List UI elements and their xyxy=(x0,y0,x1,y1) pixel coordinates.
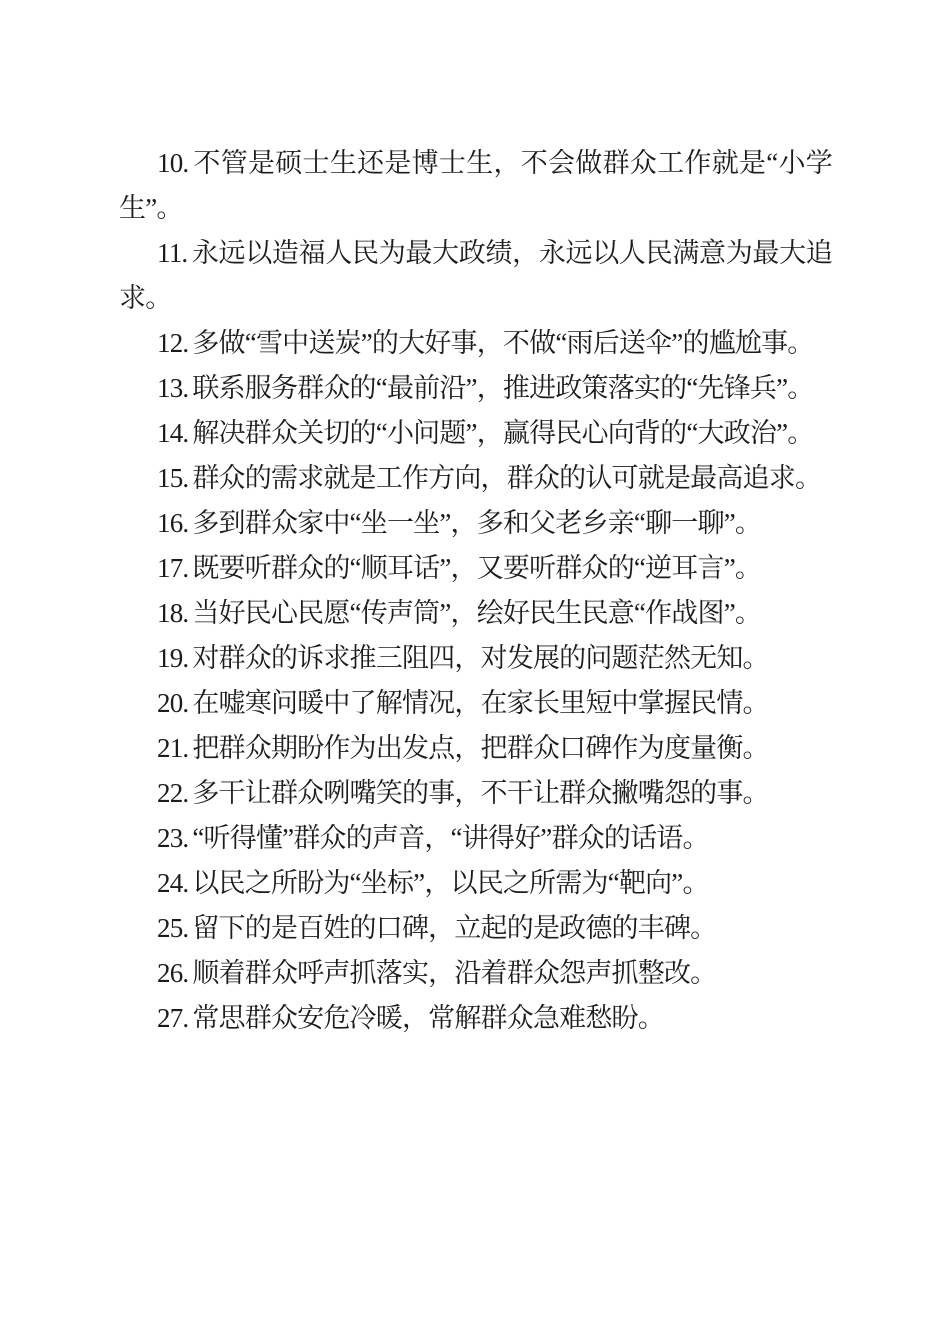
list-item: 20.在嘘寒问暖中了解情况，在家长里短中掌握民情。 xyxy=(119,681,832,726)
list-item: 14.解决群众关切的“小问题”，赢得民心向背的“大政治”。 xyxy=(119,411,832,456)
item-number: 22. xyxy=(157,778,188,808)
list-item: 24.以民之所盼为“坐标”，以民之所需为“靶向”。 xyxy=(119,861,832,906)
item-number: 21. xyxy=(157,733,188,763)
item-number: 16. xyxy=(157,508,188,538)
item-text: “听得懂”群众的声音，“讲得好”群众的话语。 xyxy=(192,823,708,853)
item-text: 多干让群众咧嘴笑的事，不干让群众撇嘴怨的事。 xyxy=(192,778,768,808)
list-item: 27.常思群众安危冷暖，常解群众急难愁盼。 xyxy=(119,996,832,1041)
item-number: 17. xyxy=(157,553,188,583)
item-number: 24. xyxy=(157,868,188,898)
item-text: 在嘘寒问暖中了解情况，在家长里短中掌握民情。 xyxy=(192,688,768,718)
list-item: 16.多到群众家中“坐一坐”，多和父老乡亲“聊一聊”。 xyxy=(119,501,832,546)
list-item: 23.“听得懂”群众的声音，“讲得好”群众的话语。 xyxy=(119,816,832,861)
numbered-list: 10.不管是硕士生还是博士生，不会做群众工作就是“小学生”。 11.永远以造福人… xyxy=(119,141,832,1041)
item-number: 18. xyxy=(157,598,188,628)
item-number: 10. xyxy=(157,148,188,178)
list-item: 25.留下的是百姓的口碑，立起的是政德的丰碑。 xyxy=(119,906,832,951)
item-text: 顺着群众呼声抓落实，沿着群众怨声抓整改。 xyxy=(192,958,716,988)
item-number: 23. xyxy=(157,823,188,853)
item-text: 以民之所盼为“坐标”，以民之所需为“靶向”。 xyxy=(192,868,708,898)
item-text: 联系服务群众的“最前沿”，推进政策落实的“先锋兵”。 xyxy=(192,373,813,403)
item-text: 当好民心民愿“传声筒”，绘好民生民意“作战图”。 xyxy=(192,598,761,628)
item-number: 13. xyxy=(157,373,188,403)
item-text: 留下的是百姓的口碑，立起的是政德的丰碑。 xyxy=(192,913,716,943)
item-number: 20. xyxy=(157,688,188,718)
document-page: 10.不管是硕士生还是博士生，不会做群众工作就是“小学生”。 11.永远以造福人… xyxy=(0,0,950,1344)
item-number: 12. xyxy=(157,328,188,358)
item-text: 多到群众家中“坐一坐”，多和父老乡亲“聊一聊”。 xyxy=(192,508,761,538)
item-text: 常思群众安危冷暖，常解群众急难愁盼。 xyxy=(192,1003,664,1033)
item-text: 群众的需求就是工作方向，群众的认可就是最高追求。 xyxy=(192,463,821,493)
item-text: 既要听群众的“顺耳话”，又要听群众的“逆耳言”。 xyxy=(192,553,761,583)
item-number: 14. xyxy=(157,418,188,448)
item-text: 永远以造福人民为最大政绩，永远以人民满意为最大追求。 xyxy=(119,238,832,313)
item-number: 11. xyxy=(157,238,187,268)
list-item: 12.多做“雪中送炭”的大好事，不做“雨后送伞”的尴尬事。 xyxy=(119,321,832,366)
item-text: 不管是硕士生还是博士生，不会做群众工作就是“小学生”。 xyxy=(119,148,832,223)
item-text: 多做“雪中送炭”的大好事，不做“雨后送伞”的尴尬事。 xyxy=(192,328,813,358)
item-text: 把群众期盼作为出发点，把群众口碑作为度量衡。 xyxy=(192,733,768,763)
list-item: 21.把群众期盼作为出发点，把群众口碑作为度量衡。 xyxy=(119,726,832,771)
item-number: 19. xyxy=(157,643,188,673)
item-number: 26. xyxy=(157,958,188,988)
list-item: 15.群众的需求就是工作方向，群众的认可就是最高追求。 xyxy=(119,456,832,501)
list-item: 11.永远以造福人民为最大政绩，永远以人民满意为最大追求。 xyxy=(119,231,832,321)
list-item: 18.当好民心民愿“传声筒”，绘好民生民意“作战图”。 xyxy=(119,591,832,636)
list-item: 17.既要听群众的“顺耳话”，又要听群众的“逆耳言”。 xyxy=(119,546,832,591)
item-text: 对群众的诉求推三阻四，对发展的问题茫然无知。 xyxy=(192,643,768,673)
list-item: 13.联系服务群众的“最前沿”，推进政策落实的“先锋兵”。 xyxy=(119,366,832,411)
list-item: 19.对群众的诉求推三阻四，对发展的问题茫然无知。 xyxy=(119,636,832,681)
list-item: 22.多干让群众咧嘴笑的事，不干让群众撇嘴怨的事。 xyxy=(119,771,832,816)
item-number: 25. xyxy=(157,913,188,943)
item-number: 27. xyxy=(157,1003,188,1033)
item-number: 15. xyxy=(157,463,188,493)
list-item: 26.顺着群众呼声抓落实，沿着群众怨声抓整改。 xyxy=(119,951,832,996)
list-item: 10.不管是硕士生还是博士生，不会做群众工作就是“小学生”。 xyxy=(119,141,832,231)
item-text: 解决群众关切的“小问题”，赢得民心向背的“大政治”。 xyxy=(192,418,813,448)
